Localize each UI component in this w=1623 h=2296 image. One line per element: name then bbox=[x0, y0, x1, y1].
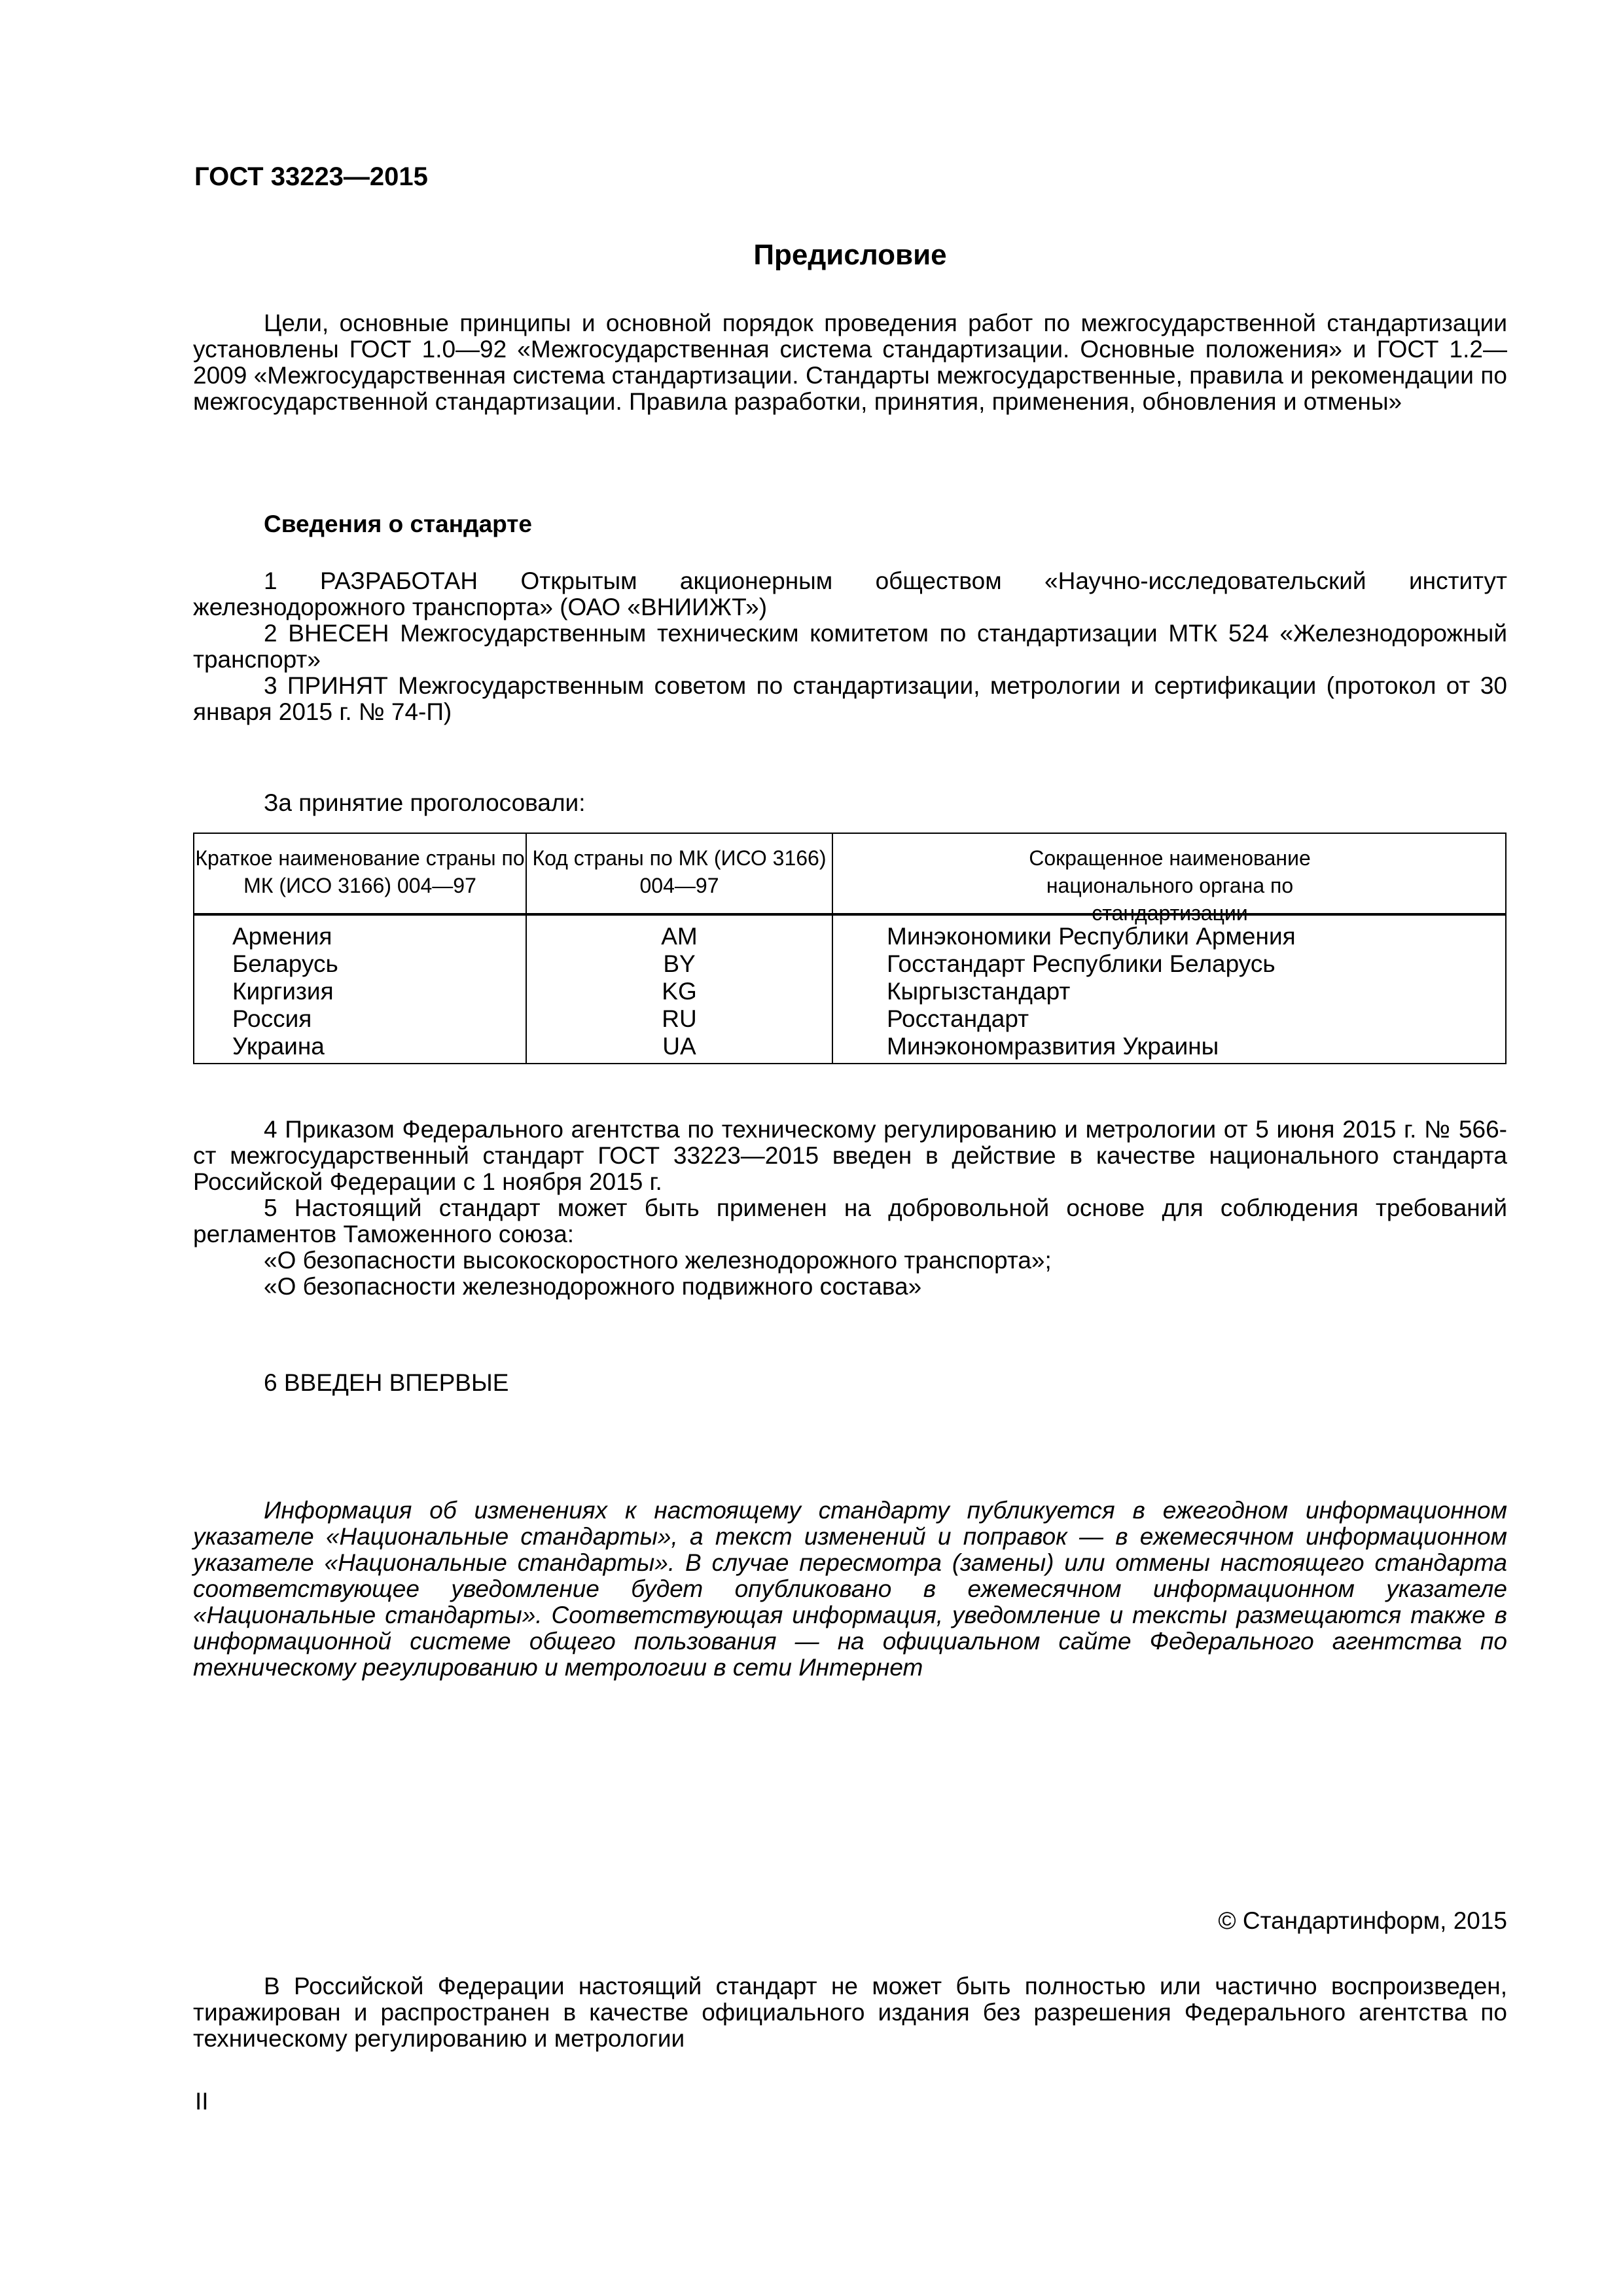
code-column: AM BY KG RU UA bbox=[527, 923, 832, 1060]
table-cell-body: Минэкономразвития Украины bbox=[887, 1033, 1296, 1060]
info-item-order: 4 Приказом Федерального агентства по тех… bbox=[193, 1117, 1507, 1195]
table-cell-code: AM bbox=[527, 923, 832, 950]
reproduction-notice: В Российской Федерации настоящий стандар… bbox=[193, 1973, 1507, 2052]
info-item-adopted: 3 ПРИНЯТ Межгосударственным советом по с… bbox=[193, 673, 1507, 725]
table-cell-country: Армения bbox=[232, 923, 338, 950]
regulation-item: «О безопасности высокоскоростного железн… bbox=[264, 1247, 1052, 1274]
table-cell-body: Минэкономики Республики Армения bbox=[887, 923, 1296, 950]
info-item-introduced: 2 ВНЕСЕН Межгосударственным техническим … bbox=[193, 620, 1507, 673]
table-cell-code: UA bbox=[527, 1033, 832, 1060]
regulation-item: «О безопасности железнодорожного подвижн… bbox=[264, 1274, 921, 1300]
info-item-developed: 1 РАЗРАБОТАН Открытым акционерным общест… bbox=[193, 568, 1507, 620]
table-cell-code: RU bbox=[527, 1005, 832, 1033]
table-cell-body: Госстандарт Республики Беларусь bbox=[887, 950, 1296, 978]
body-column: Минэкономики Республики Армения Госстанд… bbox=[887, 923, 1296, 1060]
page-number: II bbox=[195, 2089, 209, 2115]
table-cell-body: Росстандарт bbox=[887, 1005, 1296, 1033]
table-cell-country: Киргизия bbox=[232, 978, 338, 1005]
changes-notice: Информация об изменениях к настоящему ст… bbox=[193, 1498, 1507, 1681]
vote-table: Краткое наименование страны по МК (ИСО 3… bbox=[193, 833, 1507, 1064]
voted-label: За принятие проголосовали: bbox=[264, 790, 586, 816]
table-cell-body: Кыргызстандарт bbox=[887, 978, 1296, 1005]
table-cell-code: BY bbox=[527, 950, 832, 978]
table-cell-country: Беларусь bbox=[232, 950, 338, 978]
intro-paragraph: Цели, основные принципы и основной поряд… bbox=[193, 310, 1507, 415]
table-cell-country: Украина bbox=[232, 1033, 338, 1060]
copyright: © Стандартинформ, 2015 bbox=[1218, 1908, 1507, 1934]
info-item-voluntary: 5 Настоящий стандарт может быть применен… bbox=[193, 1195, 1507, 1247]
page-title: Предисловие bbox=[0, 238, 1623, 272]
table-cell-country: Россия bbox=[232, 1005, 338, 1033]
country-column: Армения Беларусь Киргизия Россия Украина bbox=[232, 923, 338, 1060]
info-section-heading: Сведения о стандарте bbox=[264, 511, 532, 537]
document-code: ГОСТ 33223—2015 bbox=[194, 161, 428, 192]
column-header-code: Код страны по МК (ИСО 3166) 004—97 bbox=[527, 844, 832, 899]
column-header-country: Краткое наименование страны по МК (ИСО 3… bbox=[194, 844, 526, 899]
table-cell-code: KG bbox=[527, 978, 832, 1005]
info-item-first-introduced: 6 ВВЕДЕН ВПЕРВЫЕ bbox=[264, 1370, 508, 1396]
column-header-body: Сокращенное наименование национального о… bbox=[833, 844, 1507, 927]
